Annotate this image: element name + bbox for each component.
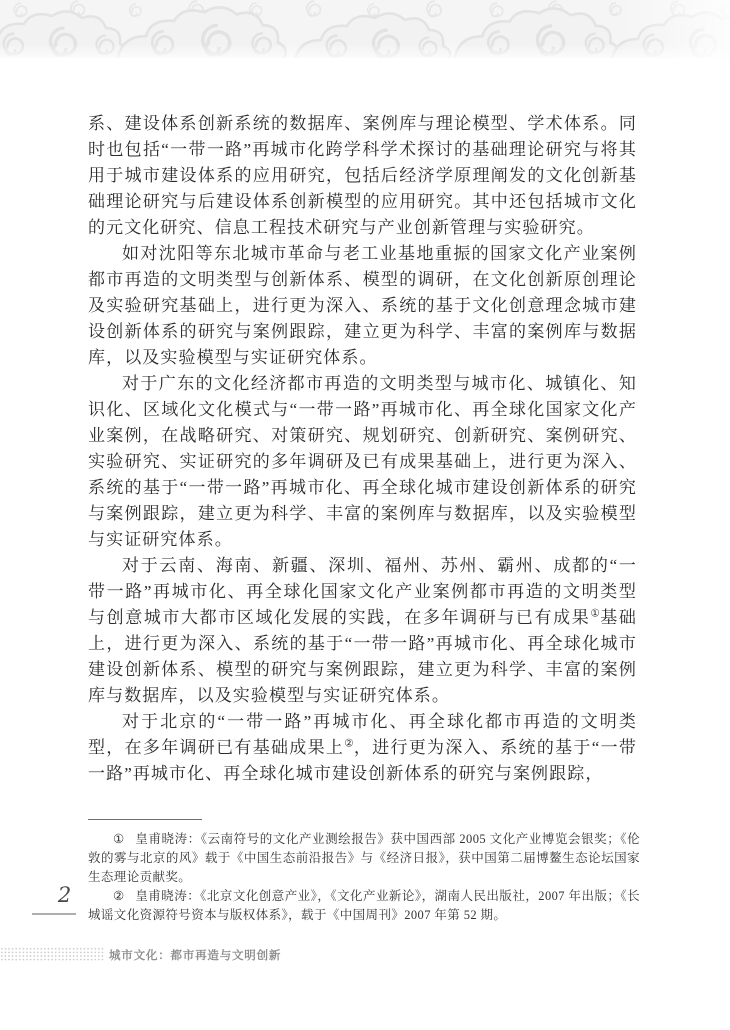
paragraph-3: 对于广东的文化经济都市再造的文明类型与城市化、城镇化、知识化、区域化文化模式与“… xyxy=(88,371,637,553)
footnote-1-marker: ① xyxy=(113,832,125,846)
paragraph-1: 系、建设体系创新系统的数据库、案例库与理论模型、学术体系。同时也包括“一带一路”… xyxy=(88,111,637,241)
page-number: 2 xyxy=(40,883,90,907)
footer-book-title: 城市文化：都市再造与文明创新 xyxy=(109,947,281,963)
footnote-2-text: 皇甫晓涛：《北京文化创意产业》，《文化产业新论》，湖南人民出版社，2007 年出… xyxy=(88,889,640,922)
footnote-1: ①皇甫晓涛：《云南符号的文化产业测绘报告》获中国西部 2005 文化产业博览会银… xyxy=(88,830,640,887)
cloud-ornament-icon xyxy=(0,0,730,58)
page-number-underline xyxy=(32,913,76,915)
footnote-separator xyxy=(88,819,202,820)
page-number-value: 2 xyxy=(58,883,72,907)
footnote-1-text: 皇甫晓涛：《云南符号的文化产业测绘报告》获中国西部 2005 文化产业博览会银奖… xyxy=(88,832,640,884)
paragraph-4: 对于云南、海南、新疆、深圳、福州、苏州、霸州、成都的“一带一路”再城市化、再全球… xyxy=(88,553,637,709)
halftone-band xyxy=(0,947,104,961)
main-text-block: 系、建设体系创新系统的数据库、案例库与理论模型、学术体系。同时也包括“一带一路”… xyxy=(88,111,637,787)
paragraph-5: 对于北京的“一带一路”再城市化、再全球化都市再造的文明类型，在多年调研已有基础成… xyxy=(88,709,637,787)
paragraph-2: 如对沈阳等东北城市革命与老工业基地重振的国家文化产业案例都市再造的文明类型与创新… xyxy=(88,241,637,371)
footnote-2-marker: ② xyxy=(113,889,125,903)
footnote-2: ②皇甫晓涛：《北京文化创意产业》，《文化产业新论》，湖南人民出版社，2007 年… xyxy=(88,887,640,925)
footnotes-block: ①皇甫晓涛：《云南符号的文化产业测绘报告》获中国西部 2005 文化产业博览会银… xyxy=(88,830,640,925)
running-footer: 城市文化：都市再造与文明创新 xyxy=(0,945,730,963)
book-page: 系、建设体系创新系统的数据库、案例库与理论模型、学术体系。同时也包括“一带一路”… xyxy=(0,0,730,1030)
